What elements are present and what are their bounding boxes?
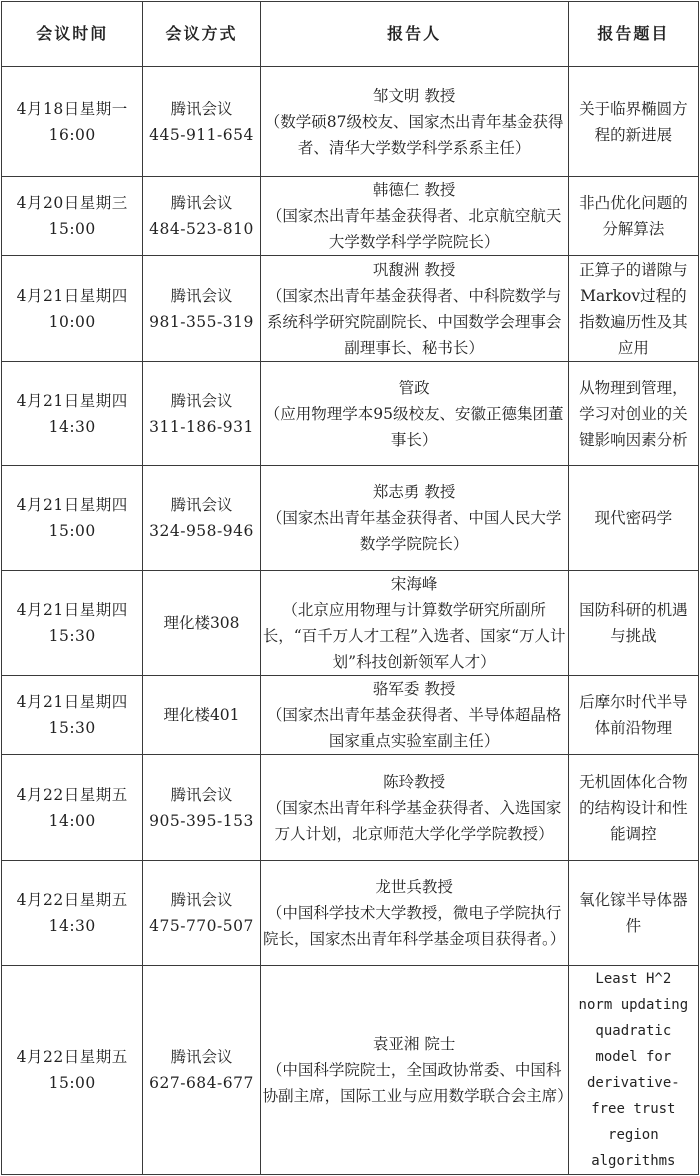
meeting-time: 15:00: [4, 518, 140, 544]
report-title: Least H^2 norm updating quadratic model …: [571, 966, 696, 1174]
speaker-name: 宋海峰: [263, 571, 566, 597]
meeting-date: 4月22日星期五: [4, 1044, 140, 1070]
speaker-name: 郑志勇 教授: [263, 479, 566, 505]
cell-speaker: 宋海峰 （北京应用物理与计算数学研究所副所长，“百千万人才工程”入选者、国家“万…: [260, 571, 568, 676]
meeting-time: 15:30: [4, 623, 140, 649]
cell-mode: 腾讯会议 324-958-946: [143, 466, 260, 571]
cell-title: 国防科研的机遇与挑战: [568, 571, 698, 676]
meeting-date: 4月22日星期五: [4, 887, 140, 913]
meeting-mode: 腾讯会议: [145, 782, 257, 808]
report-title: 国防科研的机遇与挑战: [571, 597, 696, 649]
cell-mode: 腾讯会议 981-355-319: [143, 256, 260, 362]
cell-time: 4月21日星期四 14:30: [2, 362, 143, 466]
speaker-description: （国家杰出青年基金获得者、中科院数学与系统科学研究院副院长、中国数学会理事会副理…: [263, 283, 566, 361]
cell-speaker: 郑志勇 教授 （国家杰出青年基金获得者、中国人民大学数学学院院长）: [260, 466, 568, 571]
header-mode: 会议方式: [143, 2, 260, 67]
cell-speaker: 骆军委 教授 （国家杰出青年基金获得者、半导体超晶格国家重点实验室副主任）: [260, 676, 568, 755]
meeting-mode: 腾讯会议: [145, 283, 257, 309]
meeting-date: 4月21日星期四: [4, 283, 140, 309]
meeting-mode: 腾讯会议: [145, 492, 257, 518]
cell-time: 4月21日星期四 15:30: [2, 676, 143, 755]
cell-title: Least H^2 norm updating quadratic model …: [568, 966, 698, 1175]
meeting-time: 16:00: [4, 122, 140, 148]
speaker-name: 袁亚湘 院士: [263, 1031, 566, 1057]
meeting-mode: 腾讯会议: [145, 96, 257, 122]
table-row: 4月21日星期四 10:00 腾讯会议 981-355-319 巩馥洲 教授 （…: [2, 256, 699, 362]
cell-title: 无机固体化合物的结构设计和性能调控: [568, 755, 698, 861]
header-title: 报告题目: [568, 2, 698, 67]
speaker-description: （中国科学院院士，全国政协常委、中国科协副主席，国际工业与应用数学联合会主席）: [263, 1057, 566, 1109]
meeting-id[interactable]: 484-523-810: [145, 216, 257, 242]
cell-mode: 腾讯会议 445-911-654: [143, 67, 260, 177]
speaker-name: 骆军委 教授: [263, 676, 566, 702]
meeting-id[interactable]: 445-911-654: [145, 122, 257, 148]
cell-mode: 腾讯会议 905-395-153: [143, 755, 260, 861]
cell-speaker: 巩馥洲 教授 （国家杰出青年基金获得者、中科院数学与系统科学研究院副院长、中国数…: [260, 256, 568, 362]
table-row: 4月21日星期四 14:30 腾讯会议 311-186-931 管政 （应用物理…: [2, 362, 699, 466]
cell-title: 氧化镓半导体器件: [568, 861, 698, 966]
cell-speaker: 陈玲教授 （国家杰出青年科学基金获得者、入选国家万人计划，北京师范大学化学学院教…: [260, 755, 568, 861]
header-row: 会议时间 会议方式 报告人 报告题目: [2, 2, 699, 67]
meeting-mode: 腾讯会议: [145, 388, 257, 414]
report-title: 无机固体化合物的结构设计和性能调控: [571, 769, 696, 847]
speaker-description: （北京应用物理与计算数学研究所副所长，“百千万人才工程”入选者、国家“万人计划”…: [263, 597, 566, 675]
cell-time: 4月21日星期四 15:30: [2, 571, 143, 676]
cell-speaker: 管政 （应用物理学本95级校友、安徽正德集团董事长）: [260, 362, 568, 466]
meeting-mode: 腾讯会议: [145, 887, 257, 913]
header-time: 会议时间: [2, 2, 143, 67]
meeting-date: 4月22日星期五: [4, 782, 140, 808]
table-row: 4月20日星期三 15:00 腾讯会议 484-523-810 韩德仁 教授 （…: [2, 177, 699, 256]
cell-time: 4月18日星期一 16:00: [2, 67, 143, 177]
speaker-name: 邹文明 教授: [263, 83, 566, 109]
cell-title: 从物理到管理，学习对创业的关键影响因素分析: [568, 362, 698, 466]
cell-title: 后摩尔时代半导体前沿物理: [568, 676, 698, 755]
speaker-name: 韩德仁 教授: [263, 177, 566, 203]
speaker-description: （应用物理学本95级校友、安徽正德集团董事长）: [263, 401, 566, 453]
cell-time: 4月21日星期四 15:00: [2, 466, 143, 571]
meeting-time: 14:00: [4, 808, 140, 834]
meeting-date: 4月21日星期四: [4, 388, 140, 414]
report-title: 氧化镓半导体器件: [571, 887, 696, 939]
meeting-mode: 理化楼401: [145, 702, 257, 728]
meeting-date: 4月21日星期四: [4, 492, 140, 518]
cell-title: 正算子的谱隙与Markov过程的指数遍历性及其应用: [568, 256, 698, 362]
cell-speaker: 袁亚湘 院士 （中国科学院院士，全国政协常委、中国科协副主席，国际工业与应用数学…: [260, 966, 568, 1175]
speaker-name: 龙世兵教授: [263, 874, 566, 900]
cell-speaker: 邹文明 教授 （数学硕87级校友、国家杰出青年基金获得者、清华大学数学科学系系主…: [260, 67, 568, 177]
speaker-name: 管政: [263, 375, 566, 401]
cell-mode: 理化楼308: [143, 571, 260, 676]
meeting-id[interactable]: 981-355-319: [145, 309, 257, 335]
cell-time: 4月22日星期五 14:00: [2, 755, 143, 861]
meeting-mode: 腾讯会议: [145, 190, 257, 216]
speaker-description: （国家杰出青年科学基金获得者、入选国家万人计划，北京师范大学化学学院教授）: [263, 795, 566, 847]
report-title: 后摩尔时代半导体前沿物理: [571, 689, 696, 741]
meeting-time: 15:00: [4, 1070, 140, 1096]
cell-title: 非凸优化问题的分解算法: [568, 177, 698, 256]
report-title: 正算子的谱隙与Markov过程的指数遍历性及其应用: [571, 257, 696, 361]
meeting-id[interactable]: 475-770-507: [145, 913, 257, 939]
cell-mode: 腾讯会议 627-684-677: [143, 966, 260, 1175]
cell-time: 4月20日星期三 15:00: [2, 177, 143, 256]
meeting-time: 15:00: [4, 216, 140, 242]
cell-title: 关于临界椭圆方程的新进展: [568, 67, 698, 177]
speaker-description: （国家杰出青年基金获得者、北京航空航天大学数学科学学院院长）: [263, 203, 566, 255]
cell-mode: 腾讯会议 475-770-507: [143, 861, 260, 966]
meeting-time: 14:30: [4, 913, 140, 939]
cell-title: 现代密码学: [568, 466, 698, 571]
meeting-date: 4月18日星期一: [4, 96, 140, 122]
report-title: 从物理到管理，学习对创业的关键影响因素分析: [571, 375, 696, 453]
meeting-id[interactable]: 905-395-153: [145, 808, 257, 834]
cell-time: 4月22日星期五 15:00: [2, 966, 143, 1175]
lecture-schedule-table: 会议时间 会议方式 报告人 报告题目 4月18日星期一 16:00 腾讯会议 4…: [1, 1, 699, 1175]
speaker-description: （国家杰出青年基金获得者、半导体超晶格国家重点实验室副主任）: [263, 702, 566, 754]
meeting-id[interactable]: 627-684-677: [145, 1070, 257, 1096]
cell-time: 4月21日星期四 10:00: [2, 256, 143, 362]
cell-speaker: 龙世兵教授 （中国科学技术大学教授，微电子学院执行院长，国家杰出青年科学基金项目…: [260, 861, 568, 966]
report-title: 关于临界椭圆方程的新进展: [571, 96, 696, 148]
speaker-name: 巩馥洲 教授: [263, 257, 566, 283]
speaker-name: 陈玲教授: [263, 769, 566, 795]
meeting-mode: 腾讯会议: [145, 1044, 257, 1070]
header-speaker: 报告人: [260, 2, 568, 67]
report-title: 非凸优化问题的分解算法: [571, 190, 696, 242]
meeting-id[interactable]: 324-958-946: [145, 518, 257, 544]
meeting-mode: 理化楼308: [145, 610, 257, 636]
table-row: 4月21日星期四 15:30 理化楼308 宋海峰 （北京应用物理与计算数学研究…: [2, 571, 699, 676]
cell-speaker: 韩德仁 教授 （国家杰出青年基金获得者、北京航空航天大学数学科学学院院长）: [260, 177, 568, 256]
meeting-date: 4月21日星期四: [4, 689, 140, 715]
meeting-time: 10:00: [4, 309, 140, 335]
cell-mode: 腾讯会议 311-186-931: [143, 362, 260, 466]
meeting-time: 15:30: [4, 715, 140, 741]
speaker-description: （中国科学技术大学教授，微电子学院执行院长，国家杰出青年科学基金项目获得者。）: [263, 900, 566, 952]
meeting-date: 4月21日星期四: [4, 597, 140, 623]
cell-mode: 理化楼401: [143, 676, 260, 755]
table-row: 4月18日星期一 16:00 腾讯会议 445-911-654 邹文明 教授 （…: [2, 67, 699, 177]
speaker-description: （国家杰出青年基金获得者、中国人民大学数学学院院长）: [263, 505, 566, 557]
table-row: 4月22日星期五 14:00 腾讯会议 905-395-153 陈玲教授 （国家…: [2, 755, 699, 861]
table-row: 4月22日星期五 14:30 腾讯会议 475-770-507 龙世兵教授 （中…: [2, 861, 699, 966]
meeting-id[interactable]: 311-186-931: [145, 414, 257, 440]
table-row: 4月22日星期五 15:00 腾讯会议 627-684-677 袁亚湘 院士 （…: [2, 966, 699, 1175]
speaker-description: （数学硕87级校友、国家杰出青年基金获得者、清华大学数学科学系系主任）: [263, 109, 566, 161]
table-row: 4月21日星期四 15:00 腾讯会议 324-958-946 郑志勇 教授 （…: [2, 466, 699, 571]
table-row: 4月21日星期四 15:30 理化楼401 骆军委 教授 （国家杰出青年基金获得…: [2, 676, 699, 755]
meeting-date: 4月20日星期三: [4, 190, 140, 216]
cell-time: 4月22日星期五 14:30: [2, 861, 143, 966]
meeting-time: 14:30: [4, 414, 140, 440]
report-title: 现代密码学: [571, 505, 696, 531]
cell-mode: 腾讯会议 484-523-810: [143, 177, 260, 256]
